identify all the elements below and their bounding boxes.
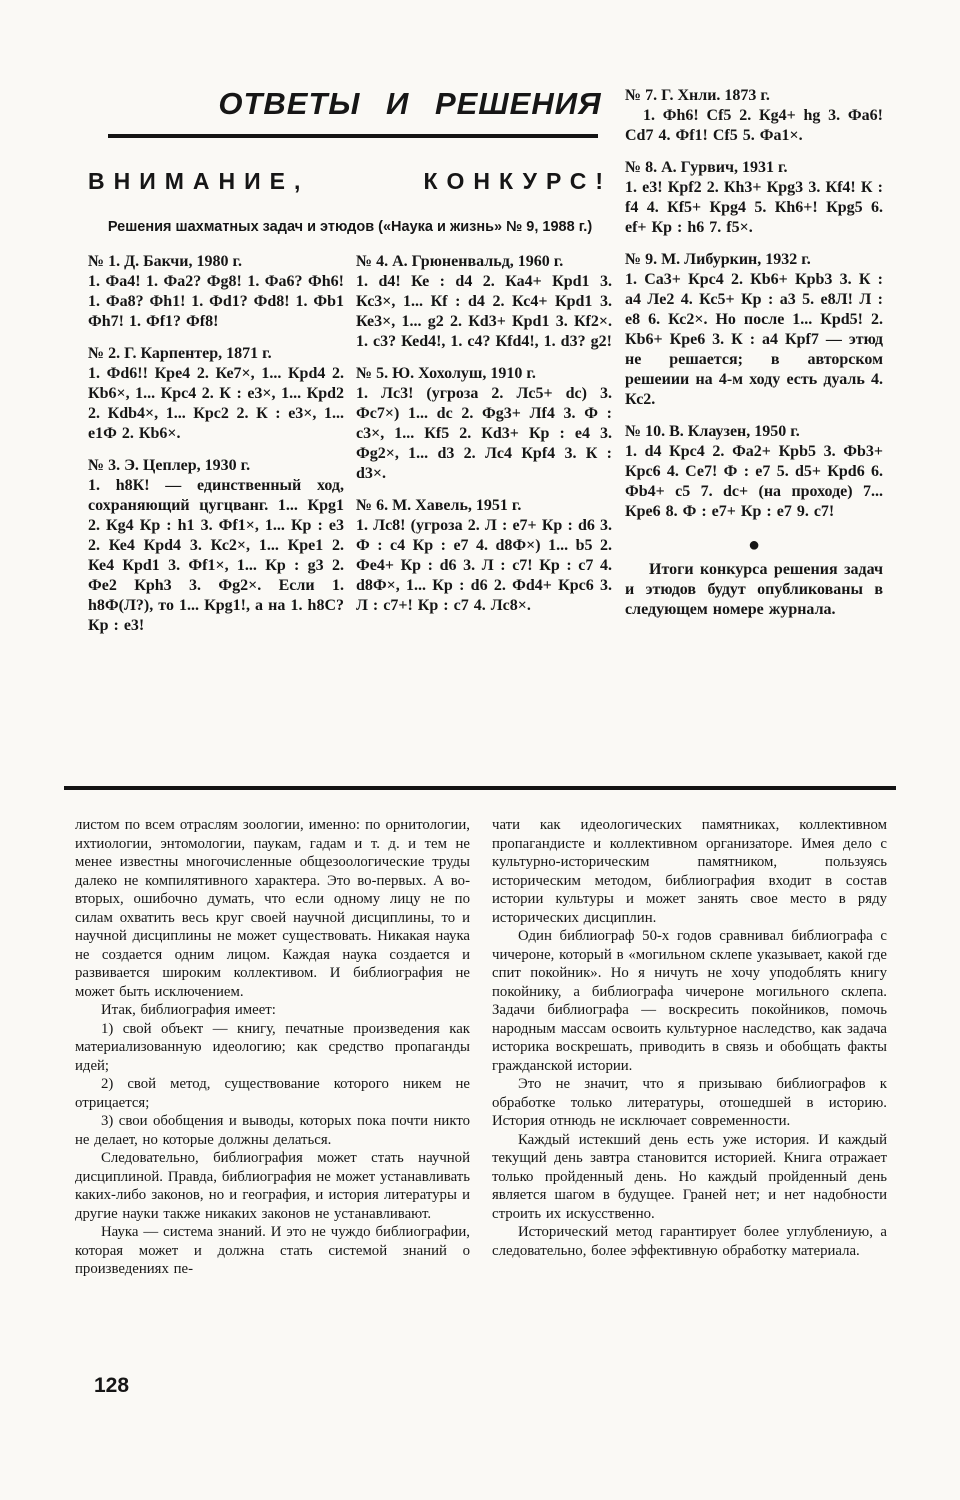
solution-title: № 5. Ю. Хохолуш, 1910 г. xyxy=(356,364,612,384)
solutions-column-middle: № 4. А. Грюненвальд, 1960 г. 1. d4! Ке :… xyxy=(356,252,612,648)
solution-body: 1. Лс8! (угроза 2. Л : е7+ Кр : d6 3. Ф … xyxy=(356,516,612,616)
solution-title: № 3. Э. Цеплер, 1930 г. xyxy=(88,456,344,476)
solution-body: 1. Фh6! Сf5 2. Кg4+ hg 3. Фа6! Сd7 4. Фf… xyxy=(625,106,883,146)
solution-item-1: № 1. Д. Бакчи, 1980 г. 1. Фа4! 1. Фа2? Ф… xyxy=(88,252,344,332)
solution-title: № 6. М. Хавель, 1951 г. xyxy=(356,496,612,516)
answers-section: ОТВЕТЫ И РЕШЕНИЯ ВНИМАНИЕ, КОНКУРС! Реше… xyxy=(88,86,612,648)
paragraph: Каждый истекший день есть уже история. И… xyxy=(492,1131,887,1224)
magazine-page: ОТВЕТЫ И РЕШЕНИЯ ВНИМАНИЕ, КОНКУРС! Реше… xyxy=(0,0,960,1500)
solution-body: 1. h8К! — единственный ход, сохраняющий … xyxy=(88,476,344,636)
article-column-left: листом по всем отраслям зоологии, именно… xyxy=(75,816,470,1279)
solution-item-4: № 4. А. Грюненвальд, 1960 г. 1. d4! Ке :… xyxy=(356,252,612,352)
contest-subtitle: Решения шахматных задач и этюдов («Наука… xyxy=(107,217,593,238)
solution-item-8: № 8. А. Гурвич, 1931 г. 1. е3! Крf2 2. К… xyxy=(625,158,883,238)
solution-item-10: № 10. В. Клаузен, 1950 г. 1. d4 Крс4 2. … xyxy=(625,422,883,522)
section-divider-rule xyxy=(64,786,896,790)
solution-item-6: № 6. М. Хавель, 1951 г. 1. Лс8! (угроза … xyxy=(356,496,612,616)
solution-item-5: № 5. Ю. Хохолуш, 1910 г. 1. Лс3! (угроза… xyxy=(356,364,612,484)
paragraph: 1) свой объект — книгу, печатные произве… xyxy=(75,1020,470,1076)
article-section: листом по всем отраслям зоологии, именно… xyxy=(75,816,887,1279)
solution-title: № 7. Г. Хнли. 1873 г. xyxy=(625,86,883,106)
solution-title: № 10. В. Клаузен, 1950 г. xyxy=(625,422,883,442)
solution-title: № 4. А. Грюненвальд, 1960 г. xyxy=(356,252,612,272)
solution-body: 1. d4 Крс4 2. Фа2+ Крb5 3. Фb3+ Крс6 4. … xyxy=(625,442,883,522)
solutions-column-left: № 1. Д. Бакчи, 1980 г. 1. Фа4! 1. Фа2? Ф… xyxy=(88,252,344,648)
solution-body: 1. Фа4! 1. Фа2? Фg8! 1. Фа6? Фh6! 1. Фа8… xyxy=(88,272,344,332)
paragraph: 3) свои обобщения и выводы, которых пока… xyxy=(75,1112,470,1149)
solution-title: № 9. М. Либуркин, 1932 г. xyxy=(625,250,883,270)
solution-title: № 2. Г. Карпентер, 1871 г. xyxy=(88,344,344,364)
paragraph: Один библиограф 50-х годов сравнивал биб… xyxy=(492,927,887,1075)
solution-body: 1. d4! Ке : d4 2. Ка4+ Крd1 3. Кс3×, 1..… xyxy=(356,272,612,352)
paragraph: Это не значит, что я призываю библиограф… xyxy=(492,1075,887,1131)
solution-item-9: № 9. М. Либуркин, 1932 г. 1. Са3+ Крс4 2… xyxy=(625,250,883,410)
solution-item-7: № 7. Г. Хнли. 1873 г. 1. Фh6! Сf5 2. Кg4… xyxy=(625,86,883,146)
solution-item-2: № 2. Г. Карпентер, 1871 г. 1. Фd6!! Кре4… xyxy=(88,344,344,444)
paragraph: Следовательно, библиография может стать … xyxy=(75,1149,470,1223)
solution-body: 1. Лс3! (угроза 2. Лс5+ dc) 3. Фс7×) 1..… xyxy=(356,384,612,484)
solution-body: 1. Са3+ Крс4 2. Кb6+ Крb3 3. К : а4 Ле2 … xyxy=(625,270,883,410)
title-rule xyxy=(108,134,598,138)
solutions-column-right: № 7. Г. Хнли. 1873 г. 1. Фh6! Сf5 2. Кg4… xyxy=(625,86,883,620)
page-title: ОТВЕТЫ И РЕШЕНИЯ xyxy=(208,86,612,122)
solution-title: № 8. А. Гурвич, 1931 г. xyxy=(625,158,883,178)
paragraph: 2) свой метод, существование которого ни… xyxy=(75,1075,470,1112)
paragraph: Итак, библиография имеет: xyxy=(75,1001,470,1020)
bullet-icon: ● xyxy=(625,534,883,556)
article-column-right: чати как идеологических памятниках, колл… xyxy=(492,816,887,1279)
contest-results-note: Итоги конкурса решения задач и этюдов бу… xyxy=(625,560,883,620)
paragraph: чати как идеологических памятниках, колл… xyxy=(492,816,887,927)
solution-item-3: № 3. Э. Цеплер, 1930 г. 1. h8К! — единст… xyxy=(88,456,344,636)
page-number: 128 xyxy=(94,1374,129,1398)
contest-heading: ВНИМАНИЕ, КОНКУРС! xyxy=(88,168,612,195)
paragraph: листом по всем отраслям зоологии, именно… xyxy=(75,816,470,1001)
solutions-columns: № 1. Д. Бакчи, 1980 г. 1. Фа4! 1. Фа2? Ф… xyxy=(88,252,612,648)
solution-body: 1. е3! Крf2 2. Кh3+ Крg3 3. Кf4! К : f4 … xyxy=(625,178,883,238)
solution-body: 1. Фd6!! Кре4 2. Ке7×, 1... Крd4 2. Кb6×… xyxy=(88,364,344,444)
solution-title: № 1. Д. Бакчи, 1980 г. xyxy=(88,252,344,272)
paragraph: Наука — система знаний. И это не чуждо б… xyxy=(75,1223,470,1279)
paragraph: Исторический метод гарантирует более угл… xyxy=(492,1223,887,1260)
